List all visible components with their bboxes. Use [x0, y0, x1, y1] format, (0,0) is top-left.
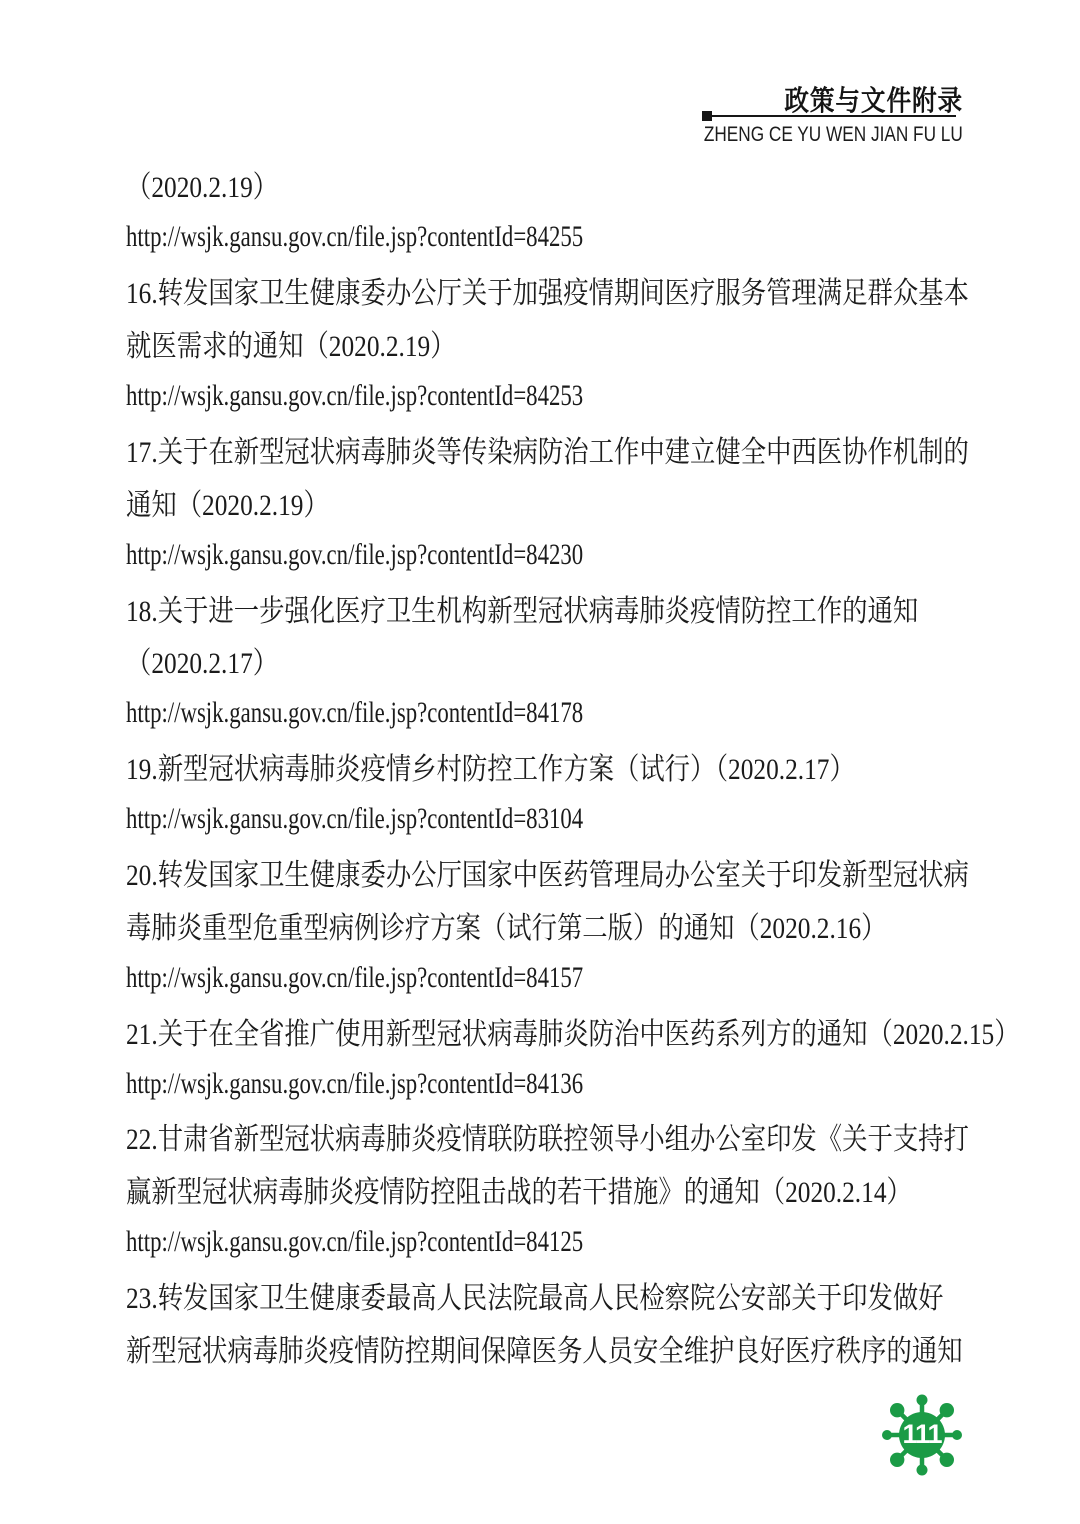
document-line: （2020.2.19） [126, 158, 1006, 211]
document-page: 政策与文件附录 ZHENG CE YU WEN JIAN FU LU （2020… [0, 0, 1080, 1524]
url-text[interactable]: http://wsjk.gansu.gov.cn/file.jsp?conten… [126, 802, 583, 836]
url-text[interactable]: http://wsjk.gansu.gov.cn/file.jsp?conten… [126, 1067, 583, 1101]
page-number-badge: 111 [879, 1392, 965, 1478]
url-text[interactable]: http://wsjk.gansu.gov.cn/file.jsp?conten… [126, 220, 583, 254]
line-text: 23.转发国家卫生健康委最高人民法院最高人民检察院公安部关于印发做好 [126, 1273, 944, 1317]
page-number: 111 [879, 1392, 965, 1478]
document-line: http://wsjk.gansu.gov.cn/file.jsp?conten… [126, 211, 1006, 264]
line-text: 22.甘肃省新型冠状病毒肺炎疫情联防联控领导小组办公室印发《关于支持打 [126, 1114, 969, 1158]
document-line: http://wsjk.gansu.gov.cn/file.jsp?conten… [126, 951, 1006, 1004]
line-text: 17.关于在新型冠状病毒肺炎等传染病防治工作中建立健全中西医协作机制的 [126, 427, 969, 471]
document-line: 就医需求的通知（2020.2.19） [126, 317, 1006, 370]
url-text[interactable]: http://wsjk.gansu.gov.cn/file.jsp?conten… [126, 379, 583, 413]
document-line: http://wsjk.gansu.gov.cn/file.jsp?conten… [126, 793, 1006, 846]
line-text: 16.转发国家卫生健康委办公厅关于加强疫情期间医疗服务管理满足群众基本 [126, 268, 969, 312]
document-line: 毒肺炎重型危重型病例诊疗方案（试行第二版）的通知（2020.2.16） [126, 898, 1006, 951]
document-line: http://wsjk.gansu.gov.cn/file.jsp?conten… [126, 528, 1006, 581]
url-text[interactable]: http://wsjk.gansu.gov.cn/file.jsp?conten… [126, 696, 583, 730]
line-text: 20.转发国家卫生健康委办公厅国家中医药管理局办公室关于印发新型冠状病 [126, 850, 969, 894]
line-text: 毒肺炎重型危重型病例诊疗方案（试行第二版）的通知（2020.2.16） [126, 903, 887, 947]
document-line: 20.转发国家卫生健康委办公厅国家中医药管理局办公室关于印发新型冠状病 [126, 846, 1006, 899]
document-line: 16.转发国家卫生健康委办公厅关于加强疫情期间医疗服务管理满足群众基本 [126, 264, 1006, 317]
document-line: 赢新型冠状病毒肺炎疫情防控阻击战的若干措施》的通知（2020.2.14） [126, 1163, 1006, 1216]
header-rule [702, 115, 956, 117]
line-text: 赢新型冠状病毒肺炎疫情防控阻击战的若干措施》的通知（2020.2.14） [126, 1167, 912, 1211]
header-subtitle-text: ZHENG CE YU WEN JIAN FU LU [704, 123, 963, 147]
document-line: http://wsjk.gansu.gov.cn/file.jsp?conten… [126, 687, 1006, 740]
document-lines: （2020.2.19）http://wsjk.gansu.gov.cn/file… [126, 158, 1006, 1374]
document-line: 21.关于在全省推广使用新型冠状病毒肺炎防治中医药系列方的通知（2020.2.1… [126, 1004, 1006, 1057]
document-line: 19.新型冠状病毒肺炎疫情乡村防控工作方案（试行）（2020.2.17） [126, 740, 1006, 793]
line-text: 21.关于在全省推广使用新型冠状病毒肺炎防治中医药系列方的通知（2020.2.1… [126, 1009, 1020, 1053]
page-header-title: 政策与文件附录 [760, 79, 963, 111]
line-text: （2020.2.17） [126, 638, 278, 682]
document-line: 23.转发国家卫生健康委最高人民法院最高人民检察院公安部关于印发做好 [126, 1269, 1006, 1322]
document-line: 18.关于进一步强化医疗卫生机构新型冠状病毒肺炎疫情防控工作的通知 [126, 581, 1006, 634]
url-text[interactable]: http://wsjk.gansu.gov.cn/file.jsp?conten… [126, 538, 583, 572]
document-line: 新型冠状病毒肺炎疫情防控期间保障医务人员安全维护良好医疗秩序的通知 [126, 1322, 1006, 1375]
header-title-text: 政策与文件附录 [784, 79, 963, 119]
page-header-subtitle: ZHENG CE YU WEN JIAN FU LU [647, 123, 963, 147]
line-text: 19.新型冠状病毒肺炎疫情乡村防控工作方案（试行）（2020.2.17） [126, 744, 855, 788]
line-text: 通知（2020.2.19） [126, 480, 329, 524]
document-line: http://wsjk.gansu.gov.cn/file.jsp?conten… [126, 1057, 1006, 1110]
document-line: 通知（2020.2.19） [126, 475, 1006, 528]
url-text[interactable]: http://wsjk.gansu.gov.cn/file.jsp?conten… [126, 1225, 583, 1259]
url-text[interactable]: http://wsjk.gansu.gov.cn/file.jsp?conten… [126, 961, 583, 995]
document-line: http://wsjk.gansu.gov.cn/file.jsp?conten… [126, 1216, 1006, 1269]
line-text: （2020.2.19） [126, 162, 278, 206]
line-text: 新型冠状病毒肺炎疫情防控期间保障医务人员安全维护良好医疗秩序的通知 [126, 1326, 963, 1370]
document-line: 22.甘肃省新型冠状病毒肺炎疫情联防联控领导小组办公室印发《关于支持打 [126, 1110, 1006, 1163]
document-line: 17.关于在新型冠状病毒肺炎等传染病防治工作中建立健全中西医协作机制的 [126, 422, 1006, 475]
line-text: 就医需求的通知（2020.2.19） [126, 321, 456, 365]
document-line: http://wsjk.gansu.gov.cn/file.jsp?conten… [126, 370, 1006, 423]
header-rule-square [702, 111, 712, 121]
line-text: 18.关于进一步强化医疗卫生机构新型冠状病毒肺炎疫情防控工作的通知 [126, 586, 918, 630]
document-line: （2020.2.17） [126, 634, 1006, 687]
